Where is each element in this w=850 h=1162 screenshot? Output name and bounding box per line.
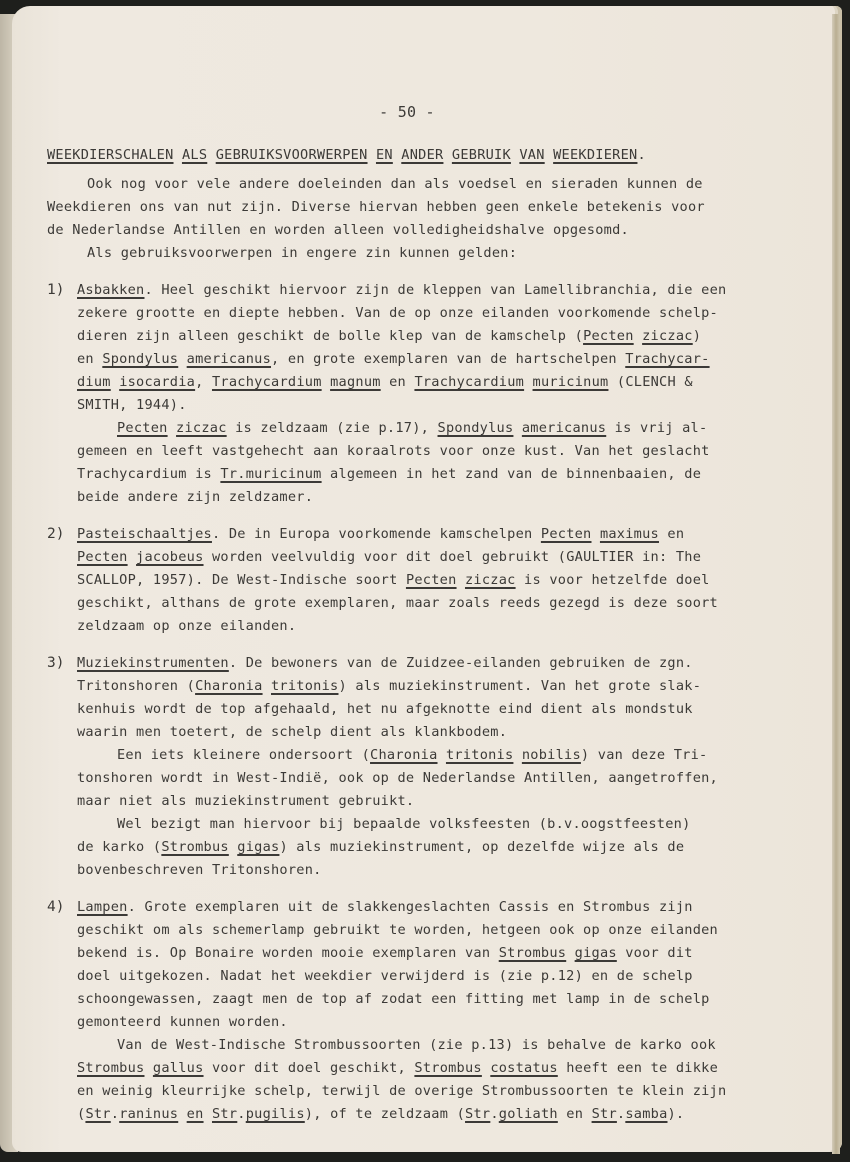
text-run [368,147,376,163]
text-line: Wel bezigt man hiervoor bij bepaalde vol… [77,813,807,836]
text-run: (CLENCH & [608,374,692,390]
text-run [545,147,553,163]
underlined-term: ziczac [176,420,227,436]
text-line: bovenbeschreven Tritonshoren. [77,859,807,882]
text-run [263,678,271,694]
underlined-term: Str [592,1106,617,1122]
underlined-term: GEBRUIK [452,147,511,163]
text-line: zekere grootte en diepte hebben. Van de … [77,302,807,325]
section-heading: WEEKDIERSCHALEN ALS GEBRUIKSVOORWERPEN E… [47,144,807,167]
text-run: SMITH, 1944). [77,397,187,413]
text-run [592,526,600,542]
underlined-term: ALS [182,147,207,163]
text-run: voor dit doel geschikt, [204,1060,415,1076]
text-run [204,1106,212,1122]
text-run: dieren zijn alleen geschikt de bolle kle… [77,328,583,344]
underlined-term: VAN [519,147,544,163]
intro-paragraph: Ook nog voor vele andere doeleinden dan … [47,173,807,265]
text-line: tonshoren wordt in West-Indië, ook op de… [77,767,807,790]
text-run: algemeen in het zand van de binnenbaaien… [322,466,702,482]
underlined-term: gallus [153,1060,204,1076]
text-line: dium isocardia, Trachycardium magnum en … [77,371,807,394]
text-run: . Heel geschikt hiervoor zijn de kleppen… [144,282,726,298]
text-run: maar niet als muziekinstrument gebruikt. [77,793,414,809]
text-line: Pasteischaaltjes. De in Europa voorkomen… [77,523,807,546]
text-line: Pecten jacobeus worden veelvuldig voor d… [77,546,807,569]
text-line: geschikt, althans de grote exemplaren, m… [77,592,807,615]
underlined-term: Pecten [117,420,168,436]
text-line: en Spondylus americanus, en grote exempl… [77,348,807,371]
text-run: zekere grootte en diepte hebben. Van de … [77,305,718,321]
text-run: beide andere zijn zeldzamer. [77,489,313,505]
list-item-number: 1) [47,279,64,302]
text-run: ) [693,328,701,344]
text-run: gemonteerd kunnen worden. [77,1014,288,1030]
text-line: bekend is. Op Bonaire worden mooie exemp… [77,942,807,965]
text-run: en [558,1106,592,1122]
underlined-term: WEEKDIEREN [553,147,637,163]
text-run: heeft een te dikke [558,1060,718,1076]
text-run: . Grote exemplaren uit de slakkengeslach… [128,899,693,915]
text-run: en [659,526,684,542]
text-line: Trachycardium is Tr.muricinum algemeen i… [77,463,807,486]
text-run [322,374,330,390]
text-run: Weekdieren ons van nut zijn. Diverse hie… [47,199,705,215]
text-line: Strombus gallus voor dit doel geschikt, … [77,1057,807,1080]
text-run [438,747,446,763]
text-run: is zeldzaam (zie p.17), [227,420,438,436]
text-line: SMITH, 1944). [77,394,807,417]
text-line: kenhuis wordt de top afgehaald, het nu a… [77,698,807,721]
text-run: kenhuis wordt de top afgehaald, het nu a… [77,701,693,717]
underlined-term: Str [465,1106,490,1122]
text-run: , [195,374,212,390]
text-run: en [381,374,415,390]
text-run: waarin men toetert, de schelp dient als … [77,724,507,740]
underlined-term: Trachycardium [212,374,322,390]
underlined-term: Pecten [406,572,457,588]
underlined-term: jacobeus [136,549,203,565]
underlined-term: ziczac [642,328,693,344]
underlined-term: magnum [330,374,381,390]
text-line: schoongewassen, zaagt men de top af zoda… [77,988,807,1011]
text-line: de karko (Strombus gigas) als muziekinst… [77,836,807,859]
text-run [229,839,237,855]
text-run: Trachycardium is [77,466,220,482]
text-run: tonshoren wordt in West-Indië, ook op de… [77,770,718,786]
underlined-term: Strombus [499,945,566,961]
underlined-term: tritonis [446,747,513,763]
underlined-term: Spondylus [438,420,514,436]
text-run: de karko ( [77,839,161,855]
text-line: de Nederlandse Antillen en worden alleen… [47,219,807,242]
underlined-term: GEBRUIKSVOORWERPEN [216,147,368,163]
text-run [178,1106,186,1122]
list-item-1: 1)Asbakken. Heel geschikt hiervoor zijn … [47,279,807,509]
list-item-number: 3) [47,652,64,675]
text-run: Van de West-Indische Strombussoorten (zi… [117,1037,716,1053]
text-line: Muziekinstrumenten. De bewoners van de Z… [77,652,807,675]
text-line: Ook nog voor vele andere doeleinden dan … [47,173,807,196]
text-run: en weinig kleurrijke schelp, terwijl de … [77,1083,726,1099]
text-run [178,351,186,367]
underlined-term: isocardia [119,374,195,390]
underlined-term: Tr.muricinum [220,466,321,482]
underlined-term: ANDER [401,147,443,163]
text-run: ) van deze Tri- [581,747,708,763]
underlined-term: WEEKDIERSCHALEN [47,147,174,163]
text-line: gemeen en leeft vastgehecht aan koraalro… [77,440,807,463]
underlined-term: dium [77,374,111,390]
text-run: . De bewoners van de Zuidzee-eilanden ge… [229,655,693,671]
underlined-term: en [187,1106,204,1122]
text-run: en [77,351,102,367]
text-line: Pecten ziczac is zeldzaam (zie p.17), Sp… [77,417,807,440]
text-run: bovenbeschreven Tritonshoren. [77,862,322,878]
numbered-list: 1)Asbakken. Heel geschikt hiervoor zijn … [47,279,807,1126]
text-line: Asbakken. Heel geschikt hiervoor zijn de… [77,279,807,302]
underlined-term: Strombus [161,839,228,855]
text-run [168,420,176,436]
underlined-term: goliath [499,1106,558,1122]
text-run [207,147,215,163]
list-item-number: 4) [47,896,64,919]
text-run [566,945,574,961]
text-run [144,1060,152,1076]
underlined-term: Lampen [77,899,128,915]
underlined-term: Charonia [370,747,437,763]
underlined-term: Charonia [195,678,262,694]
text-run: schoongewassen, zaagt men de top af zoda… [77,991,710,1007]
text-line: Als gebruiksvoorwerpen in engere zin kun… [47,242,807,265]
text-run: Ook nog voor vele andere doeleinden dan … [87,176,703,192]
text-line: Van de West-Indische Strombussoorten (zi… [77,1034,807,1057]
text-line: Tritonshoren (Charonia tritonis) als muz… [77,675,807,698]
underlined-term: EN [376,147,393,163]
text-line: zeldzaam op onze eilanden. [77,615,807,638]
underlined-term: gigas [237,839,279,855]
text-run [174,147,182,163]
list-item-number: 2) [47,523,64,546]
text-line: Weekdieren ons van nut zijn. Diverse hie… [47,196,807,219]
text-line: gemonteerd kunnen worden. [77,1011,807,1034]
underlined-term: Str [212,1106,237,1122]
text-line: maar niet als muziekinstrument gebruikt. [77,790,807,813]
underlined-term: Strombus [414,1060,481,1076]
text-run: gemeen en leeft vastgehecht aan koraalro… [77,443,710,459]
text-run [524,374,532,390]
page-content: - 50 - WEEKDIERSCHALEN ALS GEBRUIKSVOORW… [47,101,807,1126]
text-line: (Str.raninus en Str.pugilis), of te zeld… [77,1103,807,1126]
text-run: zeldzaam op onze eilanden. [77,618,296,634]
underlined-term: Str [85,1106,110,1122]
text-run [128,549,136,565]
underlined-term: Muziekinstrumenten [77,655,229,671]
text-run: geschikt om als schemerlamp gebruikt te … [77,922,718,938]
underlined-term: americanus [187,351,271,367]
underlined-term: muricinum [533,374,609,390]
underlined-term: americanus [522,420,606,436]
text-line: doel uitgekozen. Nadat het weekdier verw… [77,965,807,988]
text-run: Wel bezigt man hiervoor bij bepaalde vol… [117,816,691,832]
text-line: waarin men toetert, de schelp dient als … [77,721,807,744]
underlined-term: Pecten [77,549,128,565]
text-run: Tritonshoren ( [77,678,195,694]
text-run [634,328,642,344]
text-run: worden veelvuldig voor dit doel gebruikt… [204,549,702,565]
list-item-4: 4)Lampen. Grote exemplaren uit de slakke… [47,896,807,1126]
text-run: ) als muziekinstrument, op dezelfde wijz… [279,839,684,855]
text-run: Een iets kleinere ondersoort ( [117,747,370,763]
text-run [513,420,521,436]
text-line: SCALLOP, 1957). De West-Indische soort P… [77,569,807,592]
underlined-term: maximus [600,526,659,542]
underlined-term: tritonis [271,678,338,694]
underlined-term: Pecten [583,328,634,344]
text-run: . [111,1106,119,1122]
text-line: Lampen. Grote exemplaren uit de slakkeng… [77,896,807,919]
text-run: Als gebruiksvoorwerpen in engere zin kun… [87,245,517,261]
document-page: - 50 - WEEKDIERSCHALEN ALS GEBRUIKSVOORW… [12,6,842,1152]
underlined-term: pugilis [246,1106,305,1122]
underlined-term: Trachycar- [625,351,709,367]
underlined-term: costatus [490,1060,557,1076]
text-run: , en grote exemplaren van de hartschelpe… [271,351,625,367]
page-number: - 50 - [47,101,767,124]
text-line: beide andere zijn zeldzamer. [77,486,807,509]
underlined-term: Spondylus [102,351,178,367]
underlined-term: Trachycardium [414,374,524,390]
text-line: en weinig kleurrijke schelp, terwijl de … [77,1080,807,1103]
text-run: voor dit [617,945,693,961]
text-run: . [490,1106,498,1122]
text-run [457,572,465,588]
text-run: bekend is. Op Bonaire worden mooie exemp… [77,945,499,961]
text-run: . [237,1106,245,1122]
list-item-3: 3)Muziekinstrumenten. De bewoners van de… [47,652,807,882]
text-run: ), of te zeldzaam ( [305,1106,465,1122]
underlined-term: samba [625,1106,667,1122]
underlined-term: Pecten [541,526,592,542]
page-stack-edge [832,14,840,1154]
text-line: geschikt om als schemerlamp gebruikt te … [77,919,807,942]
text-line: Een iets kleinere ondersoort (Charonia t… [77,744,807,767]
underlined-term: nobilis [522,747,581,763]
underlined-term: Asbakken [77,282,144,298]
underlined-term: Strombus [77,1060,144,1076]
text-line: dieren zijn alleen geschikt de bolle kle… [77,325,807,348]
text-run [513,747,521,763]
list-item-2: 2)Pasteischaaltjes. De in Europa voorkom… [47,523,807,638]
text-run: ). [668,1106,685,1122]
text-run [111,374,119,390]
text-run: de Nederlandse Antillen en worden alleen… [47,222,629,238]
underlined-term: ziczac [465,572,516,588]
text-run: . De in Europa voorkomende kamschelpen [212,526,541,542]
text-run: is vrij al- [606,420,707,436]
text-run: doel uitgekozen. Nadat het weekdier verw… [77,968,693,984]
text-run: SCALLOP, 1957). De West-Indische soort [77,572,406,588]
underlined-term: Pasteischaaltjes [77,526,212,542]
text-run: ) als muziekinstrument. Van het grote sl… [338,678,701,694]
text-run: is voor hetzelfde doel [516,572,710,588]
underlined-term: gigas [575,945,617,961]
text-run: . [637,147,645,163]
underlined-term: raninus [119,1106,178,1122]
text-run: geschikt, althans de grote exemplaren, m… [77,595,718,611]
text-run [443,147,451,163]
